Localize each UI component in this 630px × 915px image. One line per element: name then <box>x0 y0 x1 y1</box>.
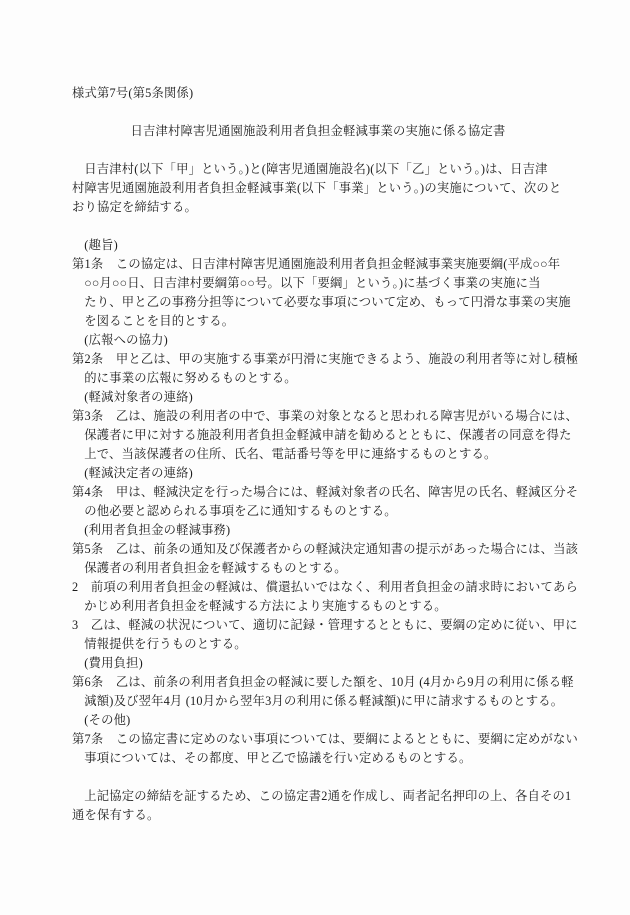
article-5-line: 第5条 乙は、前条の通知及び保護者からの軽減決定通知書の提示があった場合には、当… <box>72 540 564 559</box>
blank-line <box>72 768 564 787</box>
article-5-item-2-line: かじめ利用者負担金を軽減する方法により実施するものとする。 <box>72 597 564 616</box>
article-7-line: 第7条 この協定書に定めのない事項については、要綱によるとともに、要綱に定めがな… <box>72 730 564 749</box>
article-7-line: 事項については、その都度、甲と乙で協議を行い定めるものとする。 <box>72 749 564 768</box>
article-5-item-2-line: 2 前項の利用者負担金の軽減は、償還払いではなく、利用者負担金の請求時においてあ… <box>72 578 564 597</box>
section-heading-keigen-taishosha: (軽減対象者の連絡) <box>72 388 564 407</box>
section-heading-koho: (広報への協力) <box>72 331 564 350</box>
document-page: 様式第7号(第5条関係) 日吉津村障害児通園施設利用者負担金軽減事業の実施に係る… <box>0 0 630 915</box>
article-1-line: たり、甲と乙の事務分担等について必要な事項について定め、もって円滑な事業の実施 <box>72 293 564 312</box>
article-1-line: を図ることを目的とする。 <box>72 312 564 331</box>
closing-paragraph-line: 通を保有する。 <box>72 806 564 825</box>
article-1-line: ○○月○○日、日吉津村要綱第○○号。以下「要綱」という。)に基づく事業の実施に当 <box>72 274 564 293</box>
section-heading-keigen-ketteisha: (軽減決定者の連絡) <box>72 464 564 483</box>
article-2-line: 第2条 甲と乙は、甲の実施する事業が円滑に実施できるよう、施設の利用者等に対し積… <box>72 350 564 369</box>
article-5-item-3-line: 情報提供を行うものとする。 <box>72 635 564 654</box>
document-title: 日吉津村障害児通園施設利用者負担金軽減事業の実施に係る協定書 <box>72 122 564 141</box>
article-6-line: 第6条 乙は、前条の利用者負担金の軽減に要した額を、10月 (4月から9月の利用… <box>72 673 564 692</box>
article-6-line: 減額)及び翌年4月 (10月から翌年3月の利用に係る軽減額)に甲に請求するものと… <box>72 692 564 711</box>
section-heading-sonota: (その他) <box>72 711 564 730</box>
document-body: 様式第7号(第5条関係) 日吉津村障害児通園施設利用者負担金軽減事業の実施に係る… <box>72 84 564 825</box>
article-4-line: 第4条 甲は、軽減決定を行った場合には、軽減対象者の氏名、障害児の氏名、軽減区分… <box>72 483 564 502</box>
article-3-line: 上で、当該保護者の住所、氏名、電話番号等を甲に連絡するものとする。 <box>72 445 564 464</box>
opening-paragraph-line: おり協定を締結する。 <box>72 198 564 217</box>
form-number: 様式第7号(第5条関係) <box>72 84 564 103</box>
article-1-line: 第1条 この協定は、日吉津村障害児通園施設利用者負担金軽減事業実施要綱(平成○○… <box>72 255 564 274</box>
blank-line <box>72 217 564 236</box>
article-3-line: 保護者に甲に対する施設利用者負担金軽減申請を勧めるとともに、保護者の同意を得た <box>72 426 564 445</box>
section-heading-hiyo-futan: (費用負担) <box>72 654 564 673</box>
closing-paragraph-line: 上記協定の締結を証するため、この協定書2通を作成し、両者記名押印の上、各自その1 <box>72 787 564 806</box>
section-heading-keigen-jimu: (利用者負担金の軽減事務) <box>72 521 564 540</box>
article-2-line: 的に事業の広報に努めるものとする。 <box>72 369 564 388</box>
article-5-line: 保護者の利用者負担金を軽減するものとする。 <box>72 559 564 578</box>
article-4-line: の他必要と認められる事項を乙に通知するものとする。 <box>72 502 564 521</box>
section-heading-shushi: (趣旨) <box>72 236 564 255</box>
opening-paragraph-line: 日吉津村(以下「甲」という。)と(障害児通園施設名)(以下「乙」という。)は、日… <box>72 160 564 179</box>
opening-paragraph-line: 村障害児通園施設利用者負担金軽減事業(以下「事業」という。)の実施について、次の… <box>72 179 564 198</box>
blank-line <box>72 141 564 160</box>
article-3-line: 第3条 乙は、施設の利用者の中で、事業の対象となると思われる障害児がいる場合には… <box>72 407 564 426</box>
blank-line <box>72 103 564 122</box>
article-5-item-3-line: 3 乙は、軽減の状況について、適切に記録・管理するとともに、要綱の定めに従い、甲… <box>72 616 564 635</box>
